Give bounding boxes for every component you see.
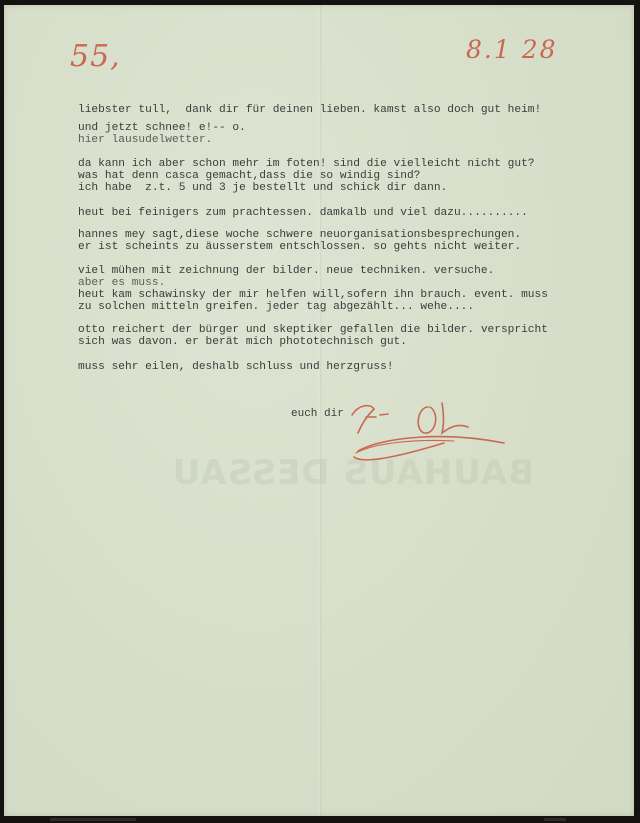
letter-line: er ist scheints zu äusserstem entschloss…: [78, 241, 521, 254]
handwritten-page-number: 55,: [70, 39, 121, 74]
footer-print-mark: [50, 818, 136, 821]
letter-line: sich was davon. er berät mich phototechn…: [78, 336, 407, 349]
letter-line-farewell: muss sehr eilen, deshalb schluss und her…: [78, 361, 394, 374]
letter-line: zu solchen mitteln greifen. jeder tag ab…: [78, 301, 474, 314]
letter-line: heut bei feinigers zum prachtessen. damk…: [78, 207, 528, 220]
letter-page: BAUHAUS DESSAU 55, 8.1 28 liebster tull,…: [4, 5, 634, 816]
handwritten-date: 8.1 28: [466, 35, 558, 64]
letter-line-greeting: liebster tull, dank dir für deinen liebe…: [78, 104, 541, 117]
letter-line: hier lausudelwetter.: [78, 134, 212, 147]
letter-line: ich habe z.t. 5 und 3 je bestellt und sc…: [78, 182, 447, 195]
signature-icon: [344, 393, 514, 473]
footer-print-mark: [544, 818, 566, 821]
letter-closing: euch dir: [291, 408, 344, 420]
